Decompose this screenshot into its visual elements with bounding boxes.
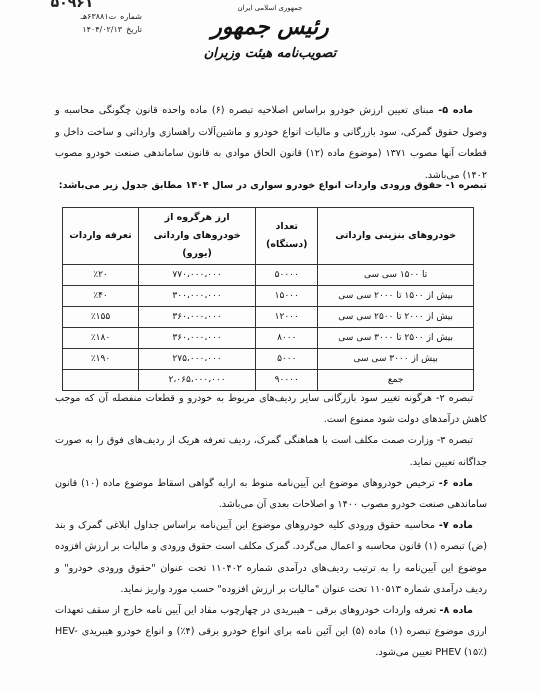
date-label: تاریخ xyxy=(126,23,142,36)
date-row: تاریخ ۱۴۰۴/۰۲/۱۳ xyxy=(2,23,142,36)
table-row: بیش از ۱۵۰۰ تا ۲۰۰۰ سی سی ۱۵۰۰۰ ۳۰۰،۰۰۰،… xyxy=(63,286,474,307)
cell-tariff: ٪۱۵۵ xyxy=(63,307,139,328)
letter-reference-block: ۵۰۹۶۱ شماره ت۶۳۸۸۱هـ تاریخ ۱۴۰۴/۰۲/۱۳ xyxy=(2,0,142,36)
article-6-text: ترخیص خودروهای موضوع این آیین‌نامه منوط … xyxy=(55,478,487,510)
letterhead-title: رئیس جمهور xyxy=(180,14,360,40)
document-page: ۵۰۹۶۱ شماره ت۶۳۸۸۱هـ تاریخ ۱۴۰۴/۰۲/۱۳ جم… xyxy=(0,0,541,694)
table-row: بیش از ۲۵۰۰ تا ۳۰۰۰ سی سی ۸۰۰۰ ۳۶۰،۰۰۰،۰… xyxy=(63,328,474,349)
cell-tariff: ٪۴۰ xyxy=(63,286,139,307)
stamp-number: ۵۰۹۶۱ xyxy=(2,0,142,10)
cell-count: ۵۰۰۰ xyxy=(256,349,318,370)
article-5-heading: ماده ۵- xyxy=(438,105,473,116)
letterhead-subtitle: تصویب‌نامه هیئت وزیران xyxy=(180,46,360,61)
date-value: ۱۴۰۴/۰۲/۱۳ xyxy=(82,23,122,36)
cell-tariff: ٪۲۰ xyxy=(63,265,139,286)
article-6-heading: ماده ۶- xyxy=(439,478,473,489)
header-category: خودروهای بنزینی وارداتی xyxy=(318,208,474,265)
header-tariff: تعرفه واردات xyxy=(63,208,139,265)
cell-currency: ۳۰۰،۰۰۰،۰۰۰ xyxy=(139,286,256,307)
cell-tariff: ٪۱۸۰ xyxy=(63,328,139,349)
cell-category: بیش از ۳۰۰۰ سی سی xyxy=(318,349,474,370)
cell-count: ۸۰۰۰ xyxy=(256,328,318,349)
cell-currency: ۳۶۰،۰۰۰،۰۰۰ xyxy=(139,307,256,328)
article-8-text: تعرفه واردات خودروهای برقی – هیبریدی در … xyxy=(55,605,487,658)
cell-count: ۱۲۰۰۰ xyxy=(256,307,318,328)
number-row: شماره ت۶۳۸۸۱هـ xyxy=(2,10,142,23)
header-currency: ارز هرگروه از خودروهای وارداتی (یورو) xyxy=(139,208,256,265)
cell-category: بیش از ۱۵۰۰ تا ۲۰۰۰ سی سی xyxy=(318,286,474,307)
header-count: تعداد (دستگاه) xyxy=(256,208,318,265)
country-name: جمهوری اسلامی ایران xyxy=(180,4,360,12)
cell-category: بیش از ۲۵۰۰ تا ۳۰۰۰ سی سی xyxy=(318,328,474,349)
cell-count: ۵۰۰۰۰ xyxy=(256,265,318,286)
article-5: ماده ۵- مبنای تعیین ارزش خودرو براساس اص… xyxy=(55,100,487,186)
table-header-row: خودروهای بنزینی وارداتی تعداد (دستگاه) ا… xyxy=(63,208,474,265)
cell-category: بیش از ۲۰۰۰ تا ۲۵۰۰ سی سی xyxy=(318,307,474,328)
article-8-heading: ماده ۸- xyxy=(440,605,473,616)
note-2: تبصره ۲- هرگونه تغییر سود بازرگانی سایر … xyxy=(55,388,487,430)
table-row: بیش از ۳۰۰۰ سی سی ۵۰۰۰ ۲۷۵،۰۰۰،۰۰۰ ٪۱۹۰ xyxy=(63,349,474,370)
cell-currency: ۲۷۵،۰۰۰،۰۰۰ xyxy=(139,349,256,370)
number-value: ت۶۳۸۸۱هـ xyxy=(81,10,117,23)
tariff-table: خودروهای بنزینی وارداتی تعداد (دستگاه) ا… xyxy=(62,207,474,391)
cell-currency: ۳۶۰،۰۰۰،۰۰۰ xyxy=(139,328,256,349)
article-7-heading: ماده ۷- xyxy=(439,520,473,531)
cell-currency: ۷۷۰،۰۰۰،۰۰۰ xyxy=(139,265,256,286)
cell-category: تا ۱۵۰۰ سی سی xyxy=(318,265,474,286)
lower-text: تبصره ۲- هرگونه تغییر سود بازرگانی سایر … xyxy=(55,388,487,664)
number-label: شماره xyxy=(120,10,142,23)
article-7-text: محاسبه حقوق ورودی کلیه خودروهای موضوع ای… xyxy=(55,520,487,595)
article-5-text: مبنای تعیین ارزش خودرو براساس اصلاحیه تب… xyxy=(55,105,487,181)
table-row: تا ۱۵۰۰ سی سی ۵۰۰۰۰ ۷۷۰،۰۰۰،۰۰۰ ٪۲۰ xyxy=(63,265,474,286)
table-row: بیش از ۲۰۰۰ تا ۲۵۰۰ سی سی ۱۲۰۰۰ ۳۶۰،۰۰۰،… xyxy=(63,307,474,328)
letterhead: جمهوری اسلامی ایران رئیس جمهور تصویب‌نام… xyxy=(180,4,360,61)
note-3: تبصره ۳- وزارت صمت مکلف است با هماهنگی گ… xyxy=(55,430,487,472)
cell-tariff: ٪۱۹۰ xyxy=(63,349,139,370)
note-1: تبصره ۱- حقوق ورودی واردات انواع خودرو س… xyxy=(55,180,487,191)
cell-count: ۱۵۰۰۰ xyxy=(256,286,318,307)
